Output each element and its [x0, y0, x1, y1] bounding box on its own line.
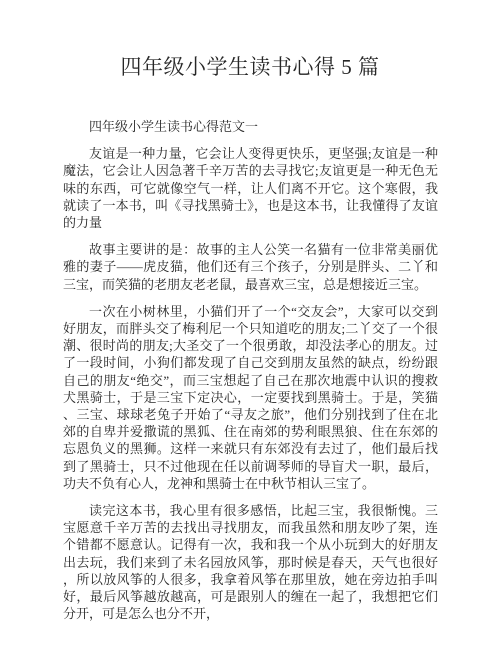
document-body: 四年级小学生读书心得范文一 友谊是一种力量，它会让人变得更快乐，更坚强;友谊是一… [63, 118, 438, 622]
paragraph-personal-reflection: 读完这本书，我心里有很多感悟，比起三宝，我很惭愧。三宝愿意千辛万苦的去找出寻找朋… [63, 502, 438, 622]
paragraph-story-summary: 故事主要讲的是：故事的主人公笑一名猫有一位非常美丽优雅的妻子——虎皮猫，他们还有… [63, 241, 438, 293]
document-title: 四年级小学生读书心得 5 篇 [0, 54, 500, 80]
document-page: 四年级小学生读书心得 5 篇 四年级小学生读书心得范文一 友谊是一种力量，它会让… [0, 0, 500, 647]
paragraph-friendship-intro: 友谊是一种力量，它会让人变得更快乐，更坚强;友谊是一种魔法，它会让人因急著千辛万… [63, 145, 438, 231]
paragraph-friend-search-journey: 一次在小树林里，小猫们开了一个“交友会”，大家可以交到好朋友，而胖头交了梅利尼一… [63, 303, 438, 492]
section-heading: 四年级小学生读书心得范文一 [63, 118, 438, 135]
